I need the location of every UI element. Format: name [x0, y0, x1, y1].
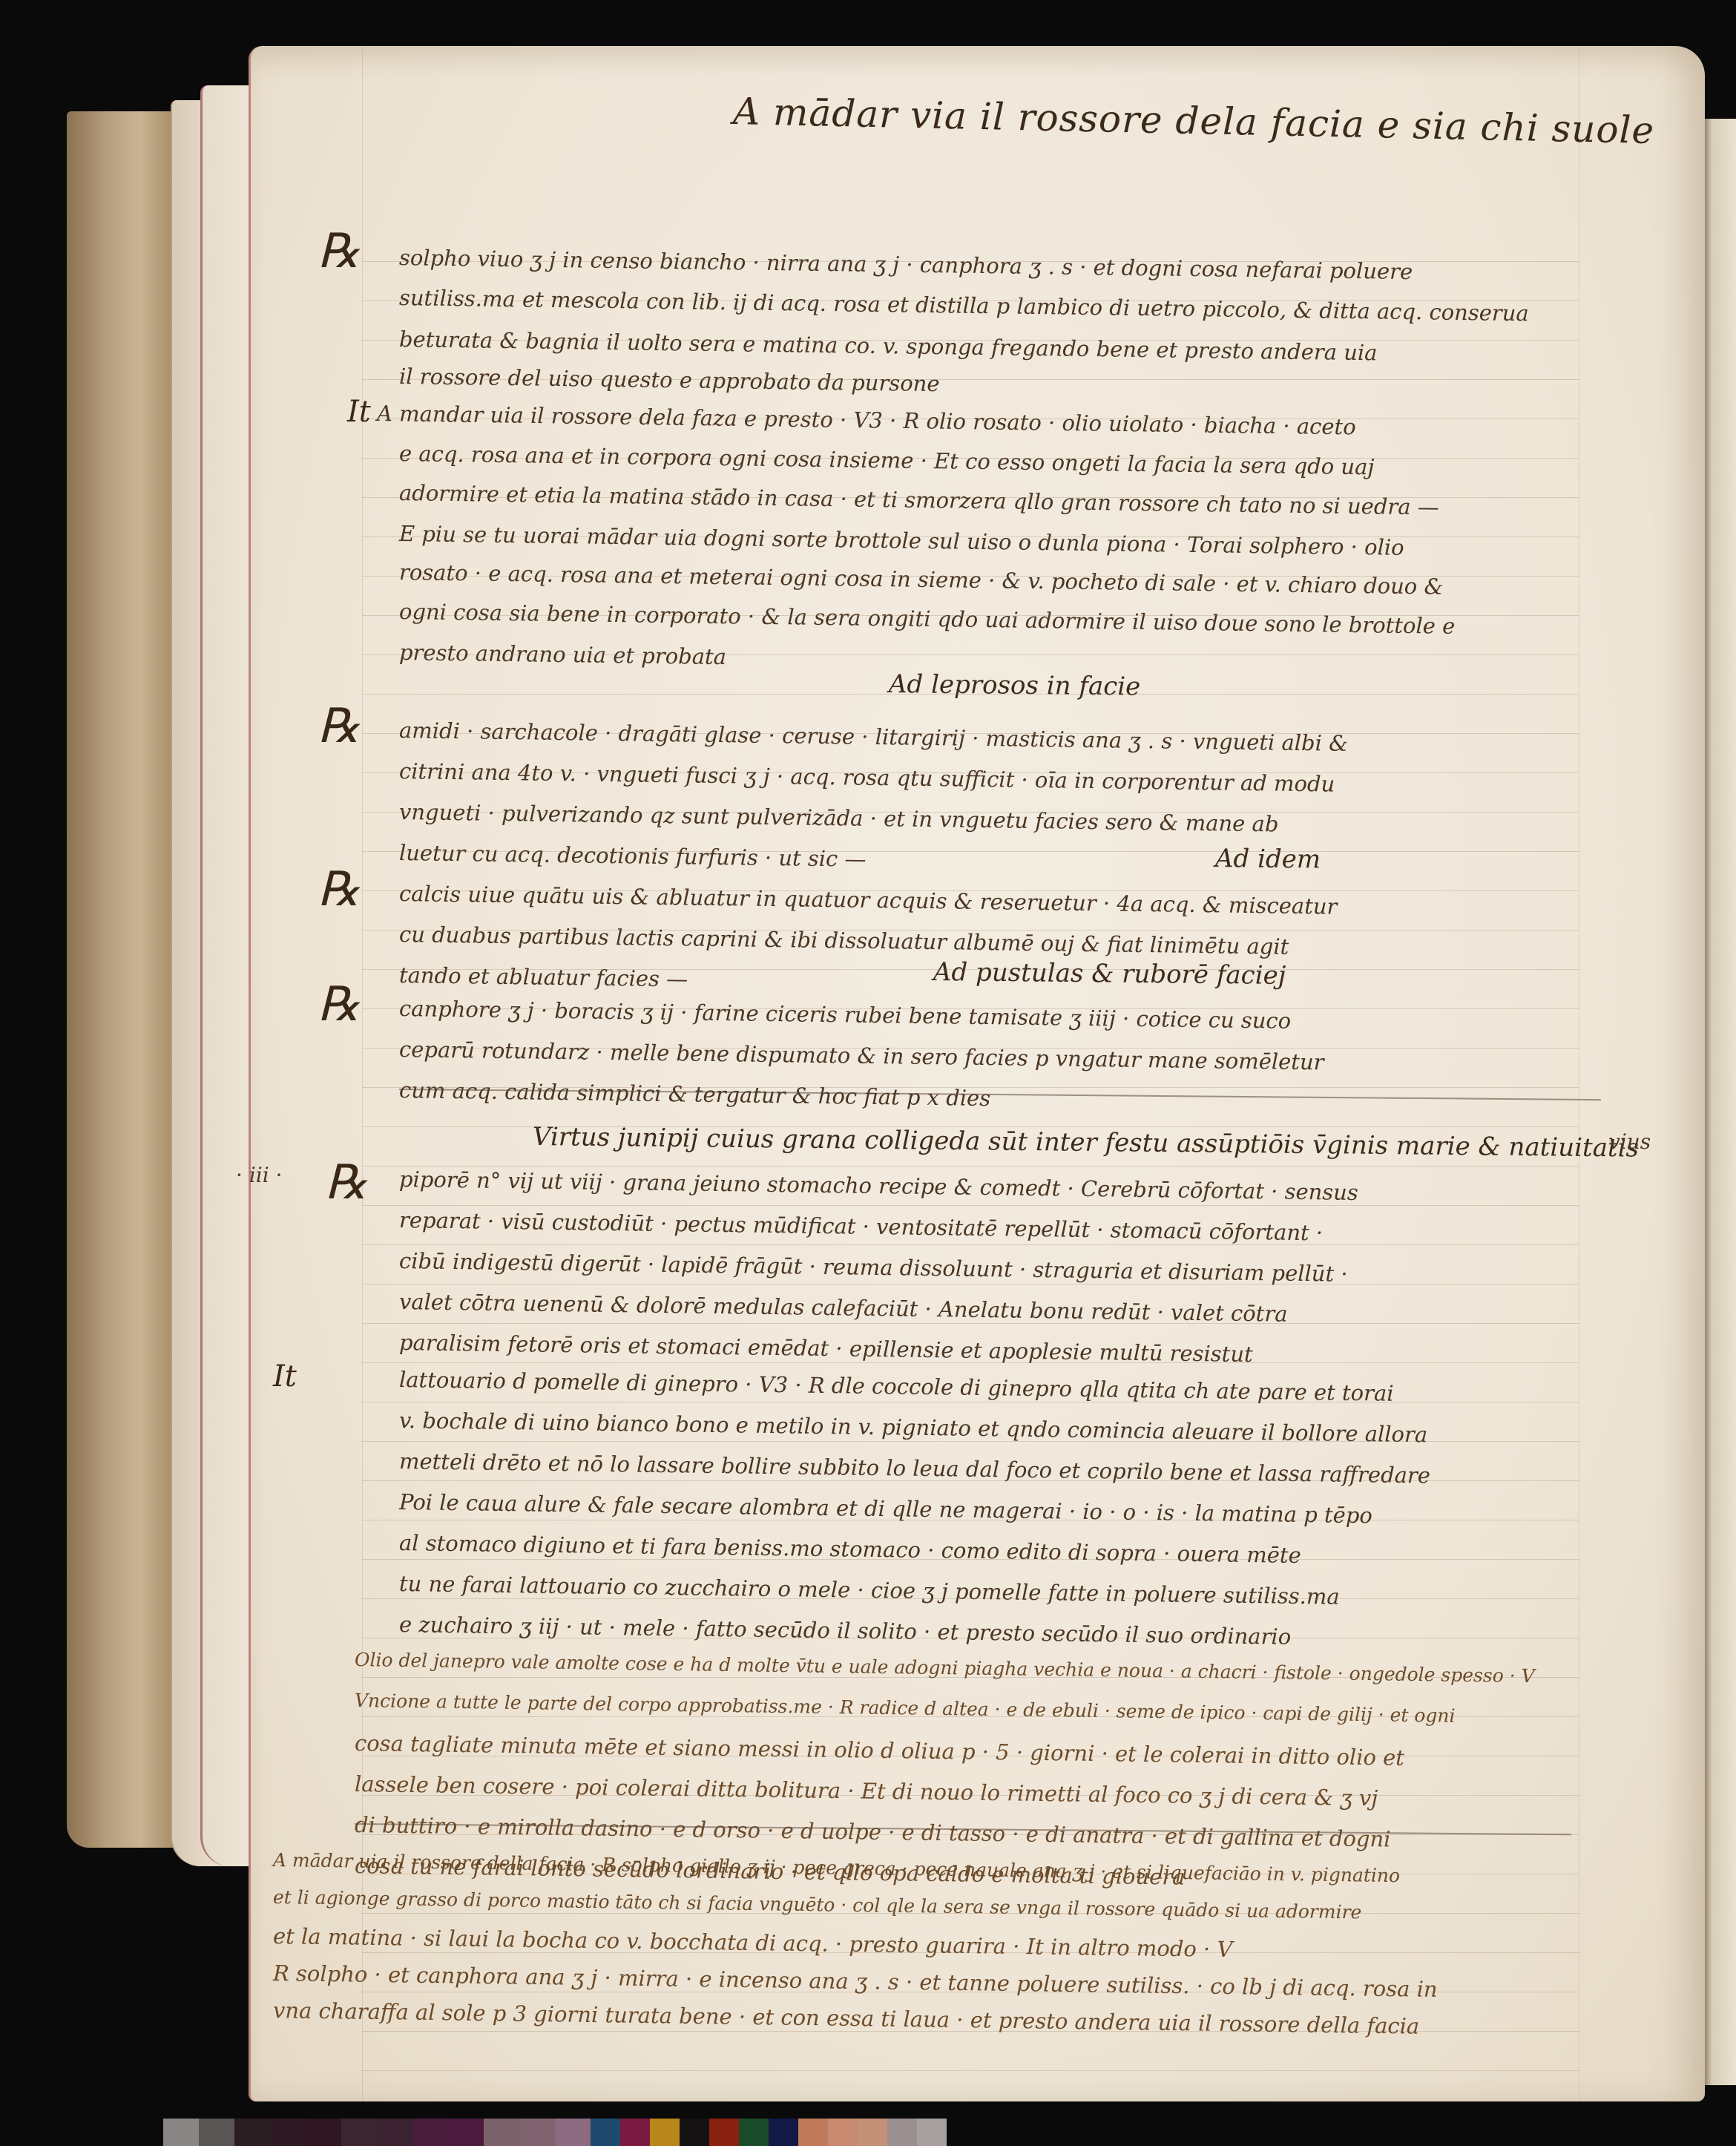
color-swatch: [163, 2119, 199, 2146]
color-swatch: [412, 2119, 448, 2146]
ruled-line: [362, 1284, 1579, 1284]
color-swatch: [650, 2119, 680, 2146]
color-swatch: [798, 2119, 828, 2146]
section-heading: Virtus junipij cuius grana colligeda sūt…: [533, 1122, 1639, 1164]
ruled-line: [362, 694, 1579, 695]
recipe-symbol-icon: It: [347, 395, 371, 429]
ruled-line: [362, 261, 1579, 262]
manuscript-line: luetur cu acq. decotionis furfuris · ut …: [399, 840, 867, 872]
manuscript-line: tu ne farai lattouario co zucchairo o me…: [399, 1571, 1340, 1609]
ruled-line: [362, 1362, 1579, 1363]
recipe-symbol-icon: ℞: [318, 699, 360, 754]
manuscript-line: lattouario d pomelle di ginepro · V3 · R…: [399, 1367, 1394, 1406]
manuscript-line: paralisim fetorē oris et stomaci emēdat …: [399, 1330, 1253, 1367]
manuscript-line: cosa tagliate minuta mēte et siano messi…: [355, 1730, 1404, 1771]
recipe-symbol-icon: ℞: [318, 862, 360, 917]
ruled-line: [362, 419, 1579, 419]
ruled-line: [362, 576, 1579, 577]
ruled-line: [362, 851, 1579, 852]
color-swatch: [828, 2119, 858, 2146]
color-swatch: [680, 2119, 709, 2146]
manuscript-line: A mandar uia il rossore dela faza e pres…: [377, 401, 1356, 439]
ruled-line: [362, 969, 1579, 970]
ruled-line: [362, 772, 1579, 773]
color-swatch: [555, 2119, 591, 2146]
manuscript-line: cu duabus partibus lactis caprini & ibi …: [399, 922, 1289, 959]
ruled-line: [362, 890, 1579, 891]
manuscript-line: piporē n° vij ut viij · grana jeiuno sto…: [399, 1166, 1358, 1205]
color-swatch: [591, 2119, 620, 2146]
color-swatch: [234, 2119, 270, 2146]
manuscript-line: Olio del janepro vale amolte cose e ha d…: [355, 1649, 1535, 1687]
ruled-line: [362, 1559, 1579, 1560]
color-swatch: [270, 2119, 306, 2146]
manuscript-line: metteli drēto et nō lo lassare bollire s…: [399, 1448, 1430, 1488]
ruled-line: [362, 1834, 1579, 1835]
manuscript-line: citrini ana 4to v. · vngueti fusci ʒ j ·…: [399, 758, 1335, 797]
manuscript-line: rosato · e acq. rosa ana et meterai ogni…: [399, 560, 1444, 600]
ruled-line: [362, 1323, 1579, 1324]
margin-note-left: · iii ·: [236, 1163, 282, 1187]
color-swatch: [887, 2119, 917, 2146]
color-swatch: [519, 2119, 555, 2146]
ruled-line: [362, 1677, 1579, 1678]
manuscript-line: calcis uiue quātu uis & abluatur in quat…: [399, 881, 1338, 919]
ruled-line: [362, 2031, 1579, 2032]
ruled-line: [362, 1205, 1579, 1206]
ruled-line: [362, 497, 1579, 498]
manuscript-page: A mādar via il rossore dela facia e sia …: [249, 46, 1705, 2101]
ruled-line: [362, 379, 1579, 380]
margin-note-right: vius: [1608, 1129, 1651, 1154]
color-swatch: [448, 2119, 484, 2146]
manuscript-line: solpho viuo ʒ j in censo biancho · nirra…: [399, 245, 1413, 284]
ruled-line: [362, 733, 1579, 734]
manuscript-line: R solpho · et canphora ana ʒ j · mirra ·…: [273, 1960, 1438, 2002]
manuscript-line: il rossore del uiso questo e approbato d…: [399, 364, 940, 396]
section-heading: Ad pustulas & ruborē faciej: [933, 957, 1286, 991]
manuscript-line: reparat · visū custodiūt · pectus mūdifi…: [399, 1207, 1324, 1245]
ruled-line: [362, 1598, 1579, 1599]
ruled-line: [362, 615, 1579, 616]
manuscript-line: adormire et etia la matina stādo in casa…: [399, 480, 1439, 520]
manuscript-line: lassele ben cosere · poi colerai ditta b…: [355, 1771, 1378, 1811]
ruled-line: [362, 1008, 1579, 1009]
color-swatch: [306, 2119, 341, 2146]
recipe-symbol-icon: ℞: [325, 1155, 367, 1210]
ruled-line: [362, 1716, 1579, 1717]
color-swatch: [917, 2119, 947, 2146]
ruled-line: [362, 1795, 1579, 1796]
manuscript-line: tando et abluatur facies —: [399, 962, 688, 991]
manuscript-line: beturata & bagnia il uolto sera e matina…: [399, 327, 1378, 365]
ruled-line: [362, 1048, 1579, 1049]
color-swatch: [769, 2119, 798, 2146]
color-swatch: [739, 2119, 769, 2146]
manuscript-line: ceparū rotundarz · melle bene dispumato …: [399, 1037, 1324, 1074]
color-swatch: [377, 2119, 412, 2146]
ruled-line: [362, 1244, 1579, 1245]
manuscript-line: sutiliss.ma et mescola con lib. ij di ac…: [399, 285, 1529, 326]
ruled-line: [362, 1992, 1579, 1992]
ruled-line: [362, 812, 1579, 813]
ruled-line: [362, 1166, 1579, 1166]
color-swatch: [341, 2119, 377, 2146]
ruled-line: [362, 1756, 1579, 1756]
ruled-line: [362, 1441, 1579, 1442]
manuscript-line: vngueti · pulverizando qz sunt pulverizā…: [399, 799, 1279, 837]
ruled-line: [362, 458, 1579, 459]
ruled-line: [362, 1520, 1579, 1520]
manuscript-line: amidi · sarchacole · dragāti glase · cer…: [399, 718, 1348, 756]
ruled-line: [362, 1087, 1579, 1088]
manuscript-line: canphore ʒ j · boracis ʒ ij · farine cic…: [399, 996, 1292, 1034]
ruled-line: [362, 1402, 1579, 1402]
ruled-line: [362, 930, 1579, 931]
ruled-line: [362, 1913, 1579, 1914]
color-swatch: [199, 2119, 234, 2146]
color-swatch: [858, 2119, 887, 2146]
manuscript-line: ogni cosa sia bene in corporato · & la s…: [399, 599, 1456, 639]
ruled-line: [362, 1952, 1579, 1953]
section-heading: Ad leprosos in facie: [889, 669, 1141, 702]
section-heading: Ad idem: [1215, 844, 1321, 874]
manuscript-line: e acq. rosa ana et in corpora ogni cosa …: [399, 441, 1375, 479]
manuscript-line: al stomaco digiuno et ti fara beniss.mo …: [399, 1530, 1301, 1568]
recipe-symbol-icon: ℞: [318, 977, 360, 1032]
ruled-line: [362, 1874, 1579, 1874]
ruled-line: [362, 1126, 1579, 1127]
ruled-line: [362, 2070, 1579, 2071]
ruled-line: [362, 1480, 1579, 1481]
manuscript-line: valet cōtra uenenū & dolorē medulas cale…: [399, 1289, 1288, 1327]
ruled-line: [362, 301, 1579, 301]
manuscript-line: e zuchairo ʒ iij · ut · mele · fatto sec…: [399, 1612, 1292, 1650]
color-swatch: [620, 2119, 650, 2146]
ruled-line: [362, 654, 1579, 655]
recipe-symbol-icon: ℞: [318, 224, 360, 279]
manuscript-line: cibū indigestū digerūt · lapidē frāgūt ·…: [399, 1248, 1348, 1287]
color-calibration-chart: [163, 2119, 947, 2146]
color-swatch: [484, 2119, 519, 2146]
ruled-line: [362, 536, 1579, 537]
manuscript-line: et li agionge grasso di porco mastio tāt…: [273, 1886, 1362, 1923]
recipe-symbol-icon: It: [273, 1359, 297, 1394]
manuscript-line: Poi le caua alure & fale secare alombra …: [399, 1489, 1372, 1528]
ruled-line: [362, 1638, 1579, 1638]
right-margin-rule: [1579, 46, 1579, 2101]
manuscript-line: et la matina · si laui la bocha co v. bo…: [273, 1923, 1233, 1962]
manuscript-line: Vncione a tutte le parte del corpo appro…: [355, 1690, 1456, 1727]
color-swatch: [709, 2119, 739, 2146]
page-title: A mādar via il rossore dela facia e sia …: [733, 90, 1655, 152]
manuscript-line: E piu se tu uorai mādar uia dogni sorte …: [399, 521, 1404, 560]
ruled-line: [362, 340, 1579, 341]
manuscript-line: vna charaffa al sole p 3 giorni turata b…: [273, 1998, 1420, 2039]
